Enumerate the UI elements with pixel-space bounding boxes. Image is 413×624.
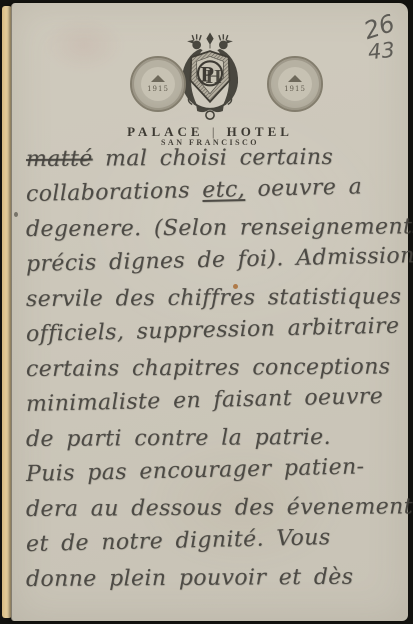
monogram-letter-h: H — [206, 66, 222, 88]
medallion-dome — [151, 75, 165, 82]
hotel-name-right: HOTEL — [227, 124, 293, 139]
expo-medallion-icon: 1915 — [130, 56, 186, 112]
handwritten-line: collaborations etc, oeuvre a — [26, 173, 408, 207]
underlined-word: etc, — [202, 177, 245, 203]
line-text: collaborations — [26, 178, 190, 207]
handwritten-line: dera au dessous des évenements — [26, 494, 408, 522]
struck-word: matté — [26, 147, 93, 172]
handwritten-line: de parti contre la patrie. — [26, 424, 408, 452]
handwritten-line: donne plein pouvoir et dès — [26, 564, 408, 592]
scanned-letter: { "page_annotations": { "number_top": "2… — [0, 0, 413, 624]
handwritten-line: officiels, suppression arbitraire — [26, 313, 408, 347]
handwritten-line: précis dignes de foi). Admission — [26, 243, 408, 277]
handwritten-line: Puis pas encourager patien- — [26, 453, 408, 487]
handwritten-line: servile des chiffres statistiques — [26, 284, 408, 312]
handwritten-line: et de notre dignité. Vous — [26, 523, 408, 557]
ink-speck — [14, 212, 18, 217]
handwritten-line: degenere. (Selon renseignements — [26, 214, 408, 242]
hotel-name-separator: | — [211, 124, 220, 139]
letter-sheet: P H 1915 1915 PALACE | HOTEL SAN FRANCIS… — [11, 3, 408, 621]
handwritten-line: minimaliste en faisant oeuvre — [26, 383, 408, 417]
line-text: oeuvre a — [257, 174, 362, 201]
line-text: mal choisi certains — [105, 145, 333, 172]
medallion-year: 1915 — [269, 85, 321, 93]
medallion-dome — [288, 75, 302, 82]
handwritten-line: matté mal choisi certains — [26, 144, 408, 172]
expo-medallion-icon: 1915 — [267, 56, 323, 112]
medallion-year: 1915 — [132, 85, 184, 93]
page-number-bottom: 43 — [367, 38, 396, 65]
handwritten-line: certains chapitres conceptions — [26, 354, 408, 382]
hotel-name-left: PALACE — [127, 124, 203, 139]
